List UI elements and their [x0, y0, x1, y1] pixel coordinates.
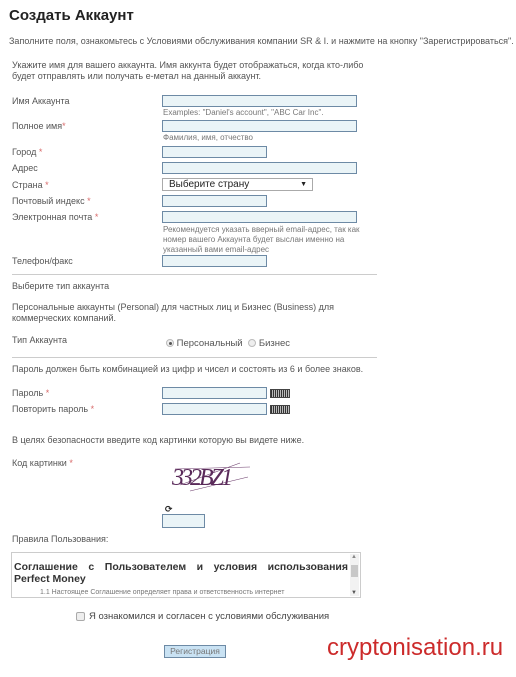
email-label: Электронная почта *: [12, 212, 98, 222]
account-type-radio-group: Персональный Бизнес: [166, 338, 290, 349]
divider: [12, 357, 377, 358]
account-name-label: Имя Аккаунта: [12, 96, 70, 106]
scroll-down-icon[interactable]: ▼: [351, 590, 357, 596]
terms-first-line: 1.1 Настоящее Соглашение определяет прав…: [40, 589, 284, 596]
account-type-heading: Выберите тип аккаунта: [12, 281, 109, 291]
account-type-label: Тип Аккаунта: [12, 335, 67, 345]
full-name-hint: Фамилия, имя, отчество: [163, 133, 253, 143]
captcha-instruction: В целях безопасности введите код картинк…: [12, 435, 304, 445]
city-input[interactable]: [162, 146, 267, 158]
scroll-thumb[interactable]: [351, 565, 358, 577]
virtual-keyboard-icon[interactable]: [270, 405, 290, 414]
repeat-password-input[interactable]: [162, 403, 267, 415]
country-select[interactable]: Выберите страну ▼: [162, 178, 313, 191]
full-name-input[interactable]: [162, 120, 357, 132]
zip-input[interactable]: [162, 195, 267, 207]
city-label: Город *: [12, 147, 42, 157]
intro-text: Заполните поля, ознакомьтесь с Условиями…: [9, 36, 514, 46]
zip-label: Почтовый индекс *: [12, 196, 91, 206]
watermark: cryptonisation.ru: [327, 634, 503, 662]
svg-text:332BZ1: 332BZ1: [171, 465, 231, 491]
country-selected-value: Выберите страну: [169, 179, 249, 190]
email-hint: Рекомендуется указать вверный email-адре…: [163, 225, 360, 255]
phone-label: Телефон/факс: [12, 256, 73, 266]
scroll-up-icon[interactable]: ▲: [351, 554, 357, 560]
phone-input[interactable]: [162, 255, 267, 267]
register-button[interactable]: Регистрация: [164, 645, 226, 658]
email-input[interactable]: [162, 211, 357, 223]
radio-personal[interactable]: [166, 339, 174, 347]
virtual-keyboard-icon[interactable]: [270, 389, 290, 398]
repeat-password-label: Повторить пароль *: [12, 404, 94, 414]
terms-box[interactable]: Соглашение с Пользователем и условия исп…: [11, 552, 361, 598]
divider: [12, 274, 377, 275]
account-hint: Укажите имя для вашего аккаунта. Имя акк…: [12, 60, 372, 82]
country-label: Страна *: [12, 180, 49, 190]
terms-title: Соглашение с Пользователем и условия исп…: [14, 561, 348, 585]
account-type-description: Персональные аккаунты (Personal) для час…: [12, 302, 334, 324]
full-name-label: Полное имя*: [12, 121, 66, 131]
radio-business[interactable]: [248, 339, 256, 347]
agree-checkbox[interactable]: [76, 612, 85, 621]
captcha-image: 332BZ1: [170, 455, 255, 495]
password-label: Пароль *: [12, 388, 49, 398]
captcha-label: Код картинки *: [12, 458, 73, 468]
radio-business-label[interactable]: Бизнес: [259, 338, 290, 349]
account-name-hint: Examples: "Daniel's account", "ABC Car I…: [163, 108, 324, 118]
agree-label[interactable]: Я ознакомился и согласен с условиями обс…: [89, 611, 329, 622]
password-input[interactable]: [162, 387, 267, 399]
address-label: Адрес: [12, 163, 38, 173]
captcha-input[interactable]: [162, 514, 205, 528]
account-name-input[interactable]: [162, 95, 357, 107]
page-title: Создать Аккаунт: [9, 7, 134, 24]
address-input[interactable]: [162, 162, 357, 174]
radio-personal-label[interactable]: Персональный: [177, 338, 243, 349]
password-rule: Пароль должен быть комбинацией из цифр и…: [12, 364, 363, 374]
terms-label: Правила Пользования:: [12, 534, 108, 544]
dropdown-arrow-icon: ▼: [300, 179, 307, 190]
terms-scrollbar[interactable]: ▲ ▼: [350, 554, 359, 596]
